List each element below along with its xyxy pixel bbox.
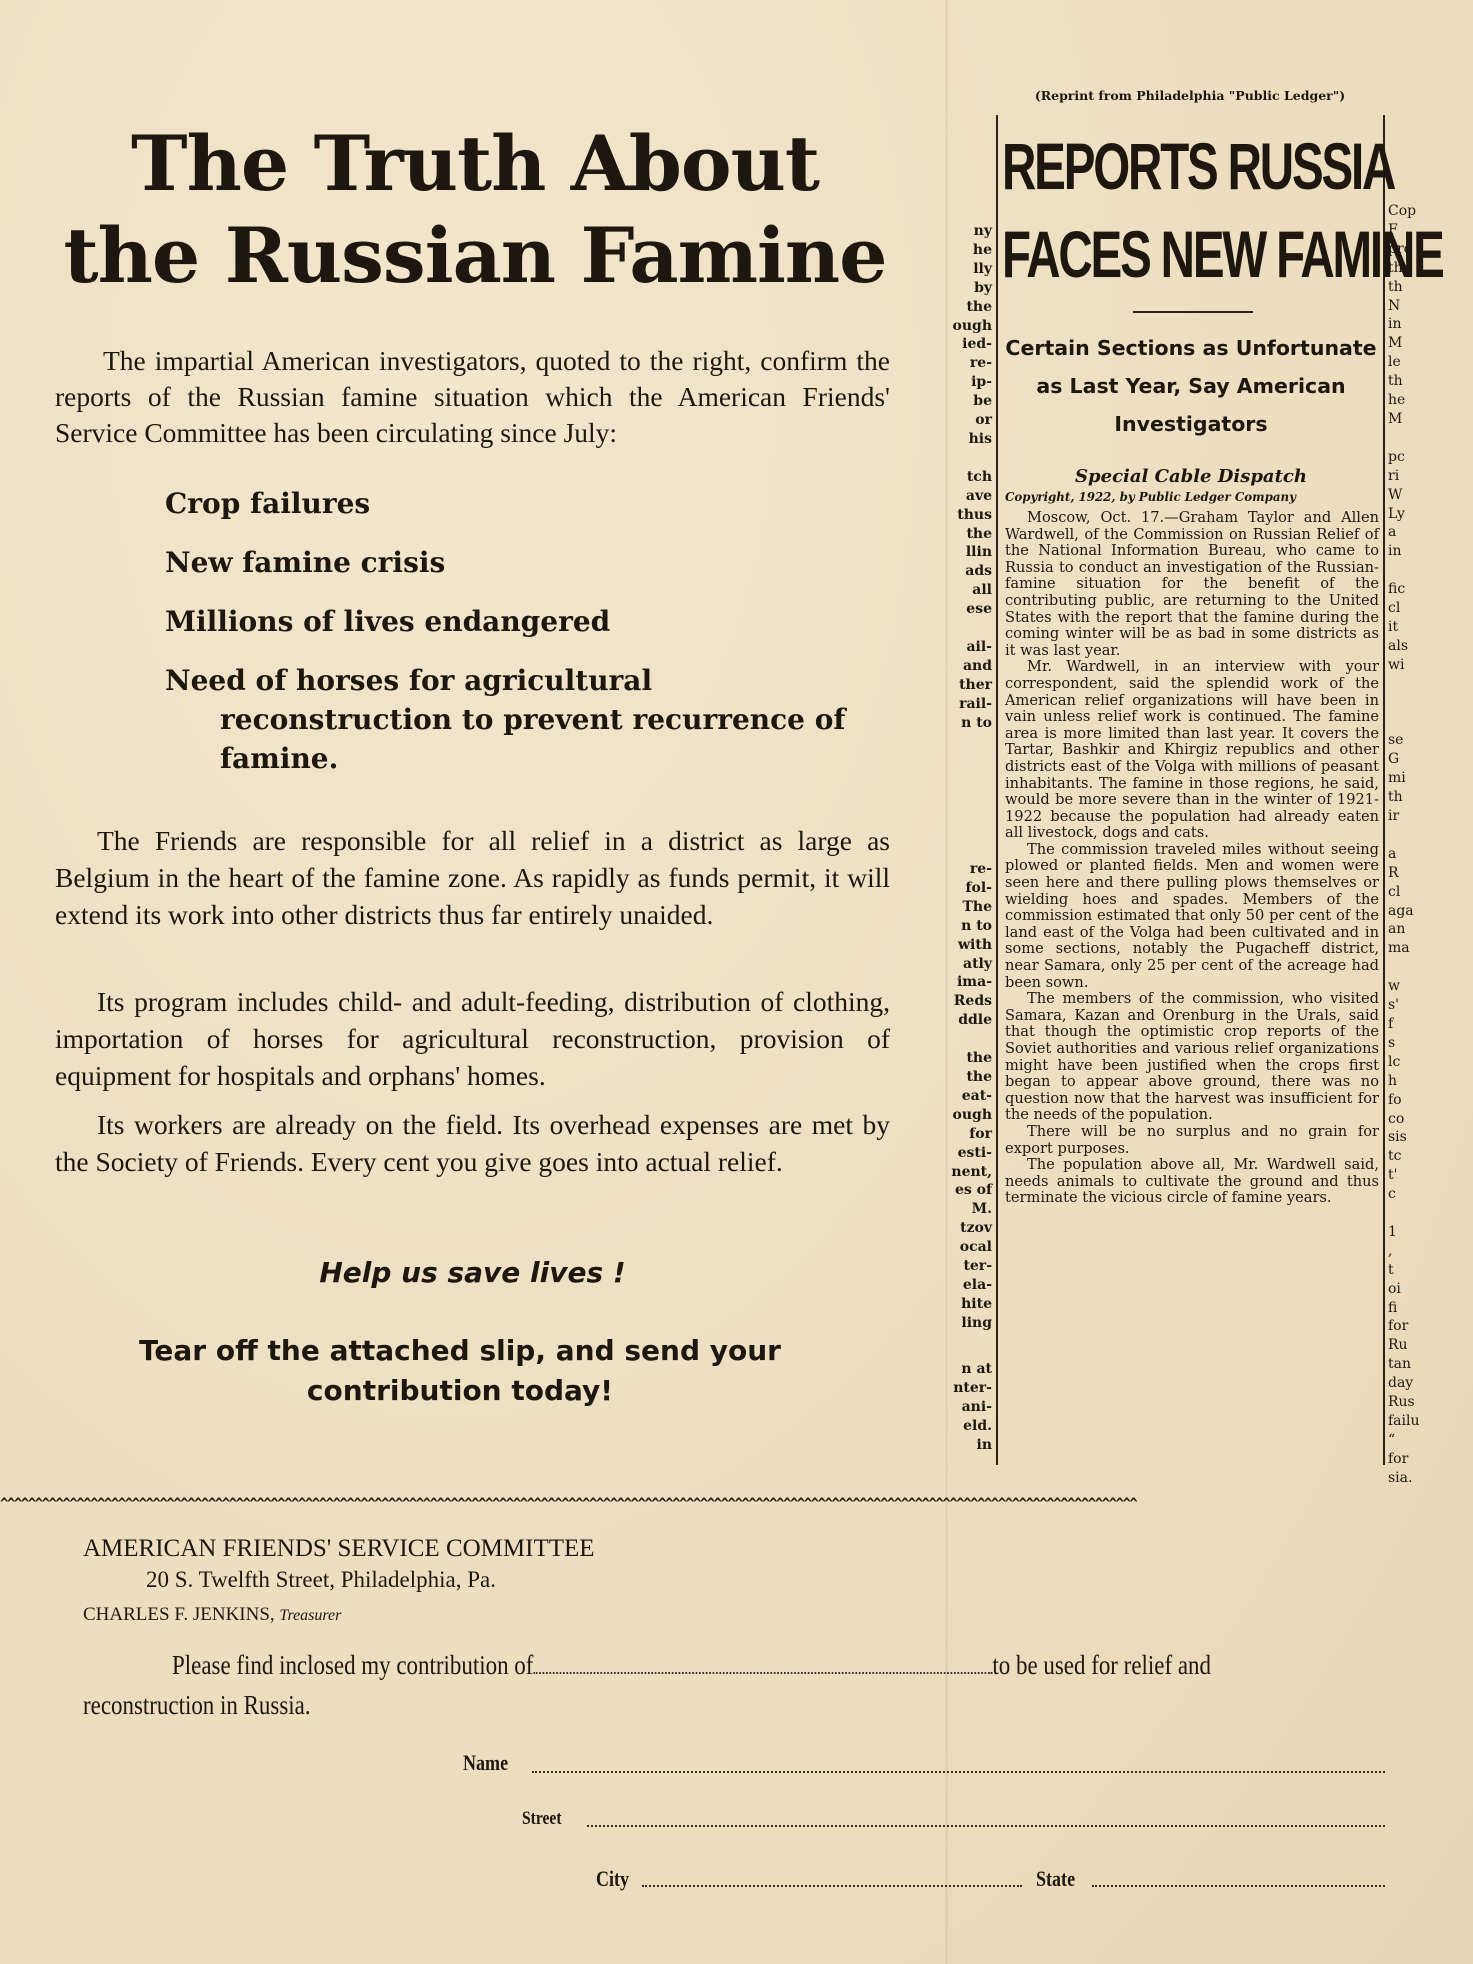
fragment-text: ir [1388,807,1448,826]
fragment-text: , [1388,1242,1448,1261]
fragment-text: ail- [940,638,992,657]
dispatch-label: Special Cable Dispatch [1002,466,1380,487]
contribution-suffix: to be used for relief and [992,1650,1211,1680]
fragment-text: “ [1388,1431,1448,1450]
fragment-text: atly [940,955,992,974]
city-field[interactable] [642,1885,1022,1887]
article-body: Moscow, Oct. 17.—Graham Taylor and Allen… [1005,510,1379,1207]
fragment-text: th [1388,278,1448,297]
fragment-text: se [1388,731,1448,750]
fragment-text: it [1388,618,1448,637]
fragment-text: for [1388,1450,1448,1469]
fragment-text: re- [940,860,992,879]
fragment-text: ip- [940,373,992,392]
fragment-text: Cop [1388,202,1448,221]
intro-paragraph: The impartial American investigators, qu… [55,343,890,451]
fragment-text: G [1388,750,1448,769]
fragment-text: for [1388,1317,1448,1336]
treasurer-title: Treasurer [279,1607,341,1624]
fragment-text: ied- [940,335,992,354]
fragment-text: mi [1388,769,1448,788]
fragment-text: cl [1388,599,1448,618]
fragment-text: t' [1388,1166,1448,1185]
fragment-text: nent, [940,1163,992,1182]
fragment-text: fol- [940,879,992,898]
tear-off-instruction: Tear off the attached slip, and send you… [130,1331,790,1411]
fragment-text: h [1388,1072,1448,1091]
fragment-text [1388,712,1448,731]
fragment-text: sis [1388,1128,1448,1147]
fragment-text [1388,694,1448,713]
fragment-text: eat- [940,1087,992,1106]
fragment-text: or [940,411,992,430]
fragment-text: ough [940,1106,992,1125]
adjacent-column-fragments-left: re-fol-Then towithatlyima-Redsddle theth… [940,860,992,1333]
fragment-text [940,619,992,638]
key-points-list: Crop failures New famine crisis Millions… [165,484,885,797]
contribution-amount-field[interactable] [533,1672,992,1674]
key-point: Need of horses for agricultural reconstr… [165,661,885,778]
fragment-text [1388,826,1448,845]
fragment-text: wi [1388,656,1448,675]
fragment-text: thus [940,506,992,525]
fragment-text: esti- [940,1144,992,1163]
fragment-text: and [940,657,992,676]
page-title: The Truth About the Russian Famine [55,118,895,302]
fragment-text: The [940,898,992,917]
fragment-text [1388,675,1448,694]
relief-district-paragraph: The Friends are responsible for all reli… [55,822,890,933]
headline-divider [1133,311,1253,313]
fragment-text: fo [1388,1091,1448,1110]
newspaper-headline: REPORTS RUSSIA FACES NEW FAMINE [1002,122,1380,298]
contribution-line: Please find inclosed my contribution oft… [172,1650,1211,1681]
fragment-text: in [1388,315,1448,334]
fragment-text: in [1388,542,1448,561]
fragment-text: th [1388,788,1448,807]
fragment-text [1388,1204,1448,1223]
fragment-text: n at [940,1360,992,1379]
key-point: New famine crisis [165,543,885,583]
key-point: Millions of lives endangered [165,602,885,642]
treasurer-name: CHARLES F. JENKINS, [83,1604,275,1625]
fragment-text: tch [940,468,992,487]
fragment-text: ough [940,317,992,336]
copyright-line: Copyright, 1922, by Public Ledger Compan… [1005,490,1381,504]
fragment-text: he [1388,391,1448,410]
fragment-text: Ru [1388,1336,1448,1355]
fragment-text: cl [1388,883,1448,902]
fragment-text: nter- [940,1379,992,1398]
fragment-text: f [1388,1015,1448,1034]
fragment-text: s [1388,1034,1448,1053]
treasurer-line: CHARLES F. JENKINS, Treasurer [83,1604,341,1626]
fragment-text: ling [940,1314,992,1333]
fragment-text: le [1388,353,1448,372]
fragment-text: an [1388,920,1448,939]
article-paragraph: The population above all, Mr. Wardwell s… [1005,1157,1379,1207]
fragment-text [940,1030,992,1049]
fragment-text: es of [940,1181,992,1200]
fragment-text: w [1388,977,1448,996]
fragment-text: fic [1388,580,1448,599]
fragment-text: ddle [940,1011,992,1030]
fragment-text: t [1388,1261,1448,1280]
fragment-text [1388,958,1448,977]
fragment-text: Rus [1388,1393,1448,1412]
article-paragraph: The members of the commission, who visit… [1005,991,1379,1124]
fragment-text: fi [1388,1299,1448,1318]
fragment-text: lc [1388,1053,1448,1072]
workers-paragraph: Its workers are already on the field. It… [55,1106,890,1180]
contribution-end: reconstruction in Russia. [83,1690,311,1721]
contribution-prefix: Please find inclosed my contribution of [172,1650,533,1680]
fragment-text: tc [1388,1147,1448,1166]
article-paragraph: Mr. Wardwell, in an interview with your … [1005,659,1379,842]
organization-address: 20 S. Twelfth Street, Philadelphia, Pa. [146,1567,496,1593]
fragment-text: Reds [940,992,992,1011]
fragment-text: eld. [940,1417,992,1436]
fragment-text: hite [940,1295,992,1314]
fragment-text: ter- [940,1257,992,1276]
fragment-text: Ly [1388,505,1448,524]
fragment-text: all [940,581,992,600]
fragment-text: M [1388,410,1448,429]
article-paragraph: Moscow, Oct. 17.—Graham Taylor and Allen… [1005,510,1379,659]
fragment-text: thr [1388,259,1448,278]
headline-line-1: REPORTS RUSSIA [1002,129,1394,203]
fragment-text: M. [940,1200,992,1219]
column-rule-right [1383,115,1385,1465]
fragment-text: for [940,1125,992,1144]
newspaper-subhead: Certain Sections as Unfortunate as Last … [1002,329,1380,443]
fragment-text: n to [940,917,992,936]
city-label: City [596,1866,629,1892]
fragment-text: als [1388,637,1448,656]
organization-name: AMERICAN FRIENDS' SERVICE COMMITTEE [83,1533,595,1565]
reprint-note: (Reprint from Philadelphia "Public Ledge… [1000,88,1380,103]
fragment-text: M [1388,334,1448,353]
fragment-text: be [940,392,992,411]
fragment-text: tzov [940,1219,992,1238]
state-label: State [1036,1866,1075,1892]
street-field[interactable] [587,1825,1385,1827]
fragment-text: oi [1388,1280,1448,1299]
fragment-text: with [940,936,992,955]
column-rule-left [996,115,998,1465]
state-field[interactable] [1092,1885,1385,1887]
fragment-text [1388,561,1448,580]
fragment-text: llin [940,543,992,562]
article-paragraph: There will be no surplus and no grain fo… [1005,1124,1379,1157]
fragment-text: ther [940,676,992,695]
fragment-text: pro [1388,240,1448,259]
fragment-text: rail- [940,695,992,714]
fragment-text: re- [940,354,992,373]
fragment-text: the [940,525,992,544]
fragment-text: by [940,279,992,298]
fragment-text: ima- [940,973,992,992]
street-label: Street [522,1808,562,1830]
fragment-text: his [940,430,992,449]
fragment-text: sia. [1388,1469,1448,1488]
fragment-text: aga [1388,902,1448,921]
fragment-text: tan [1388,1355,1448,1374]
fragment-text: ocal [940,1238,992,1257]
fragment-text: the [940,298,992,317]
call-to-action: Help us save lives ! [55,1256,890,1289]
fragment-text: the [940,1049,992,1068]
fragment-text: the [940,1068,992,1087]
fragment-text: ny [940,222,992,241]
name-label: Name [463,1750,508,1776]
fragment-text: in [940,1436,992,1455]
fragment-text: N [1388,297,1448,316]
fragment-text: ese [940,600,992,619]
fragment-text: th [1388,372,1448,391]
headline-line-2: FACES NEW FAMINE [1002,217,1443,291]
fragment-text: day [1388,1374,1448,1393]
key-point: Crop failures [165,484,885,524]
fragment-text: co [1388,1110,1448,1129]
fragment-text: R [1388,864,1448,883]
fragment-text: ela- [940,1276,992,1295]
fragment-text: ads [940,562,992,581]
fragment-text: pc [1388,448,1448,467]
fragment-text: W [1388,486,1448,505]
fragment-text: a [1388,523,1448,542]
fragment-text: ave [940,487,992,506]
fragment-text: ani- [940,1398,992,1417]
fragment-text [1388,429,1448,448]
fragment-text: ri [1388,467,1448,486]
article-paragraph: The commission traveled miles without se… [1005,842,1379,991]
fragment-text: s' [1388,996,1448,1015]
fragment-text: c [1388,1185,1448,1204]
adjacent-column-fragments-right: CopFprothrthNinMlethheM pcriWLyain ficcl… [1388,202,1448,1488]
fragment-text: he [940,241,992,260]
fragment-text: ma [1388,939,1448,958]
fragment-text: failu [1388,1412,1448,1431]
fragment-text: n to [940,714,992,733]
fragment-text: F [1388,221,1448,240]
fragment-text: a [1388,845,1448,864]
program-paragraph: Its program includes child- and adult-fe… [55,983,890,1094]
fragment-text [940,449,992,468]
fragment-text: lly [940,260,992,279]
adjacent-column-fragments-left: n atnter-ani-eld.in [940,1360,992,1455]
name-field[interactable] [532,1771,1385,1773]
fragment-text: 1 [1388,1223,1448,1242]
adjacent-column-fragments-left: nyhellybytheoughied-re-ip-beorhis tchave… [940,222,992,732]
tear-perforation: ^^^^^^^^^^^^^^^^^^^^^^^^^^^^^^^^^^^^^^^^… [0,1496,1473,1510]
